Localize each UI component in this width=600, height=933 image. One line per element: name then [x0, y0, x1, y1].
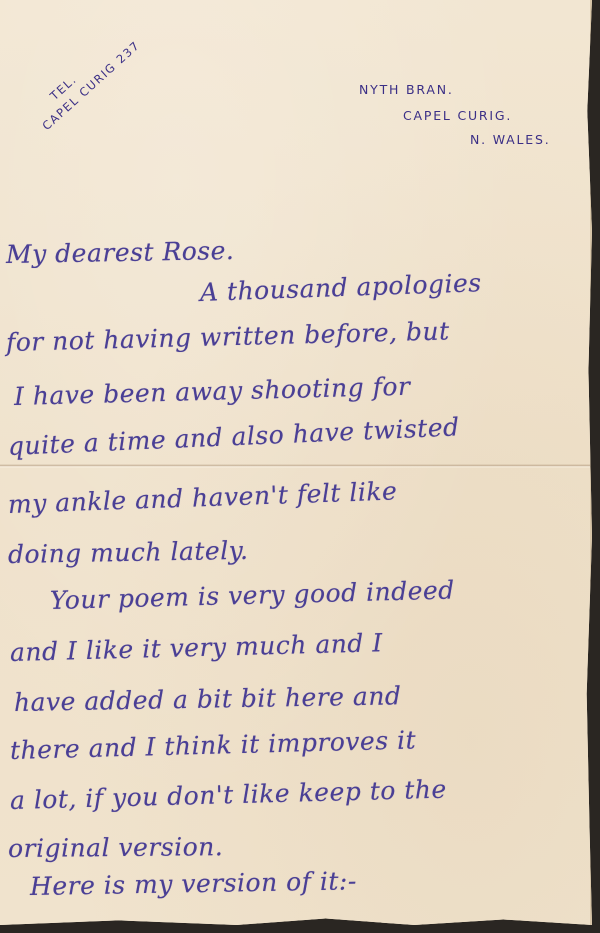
letter-sheet: TEL. CAPEL CURIG 237 NYTH BRAN. CAPEL CU…: [0, 0, 592, 925]
handwritten-line: and I like it very much and I: [10, 628, 383, 667]
handwritten-line: a lot, if you don't like keep to the: [10, 775, 447, 815]
telephone-number: CAPEL CURIG 237: [39, 29, 152, 133]
handwritten-line: doing much lately.: [8, 536, 249, 569]
address-line-region: N. WALES.: [470, 132, 551, 147]
paper-fold-crease: [0, 464, 590, 468]
handwritten-line: A thousand apologies: [199, 268, 482, 307]
handwritten-line: original version.: [8, 832, 223, 863]
handwritten-line: Here is my version of it:-: [30, 866, 357, 901]
handwritten-line: for not having written before, but: [6, 316, 450, 357]
address-line-house: NYTH BRAN.: [359, 82, 454, 97]
salutation: My dearest Rose.: [6, 236, 235, 269]
address-line-village: CAPEL CURIG.: [403, 108, 512, 123]
handwritten-line: I have been away shooting for: [14, 372, 411, 411]
handwritten-line: my ankle and haven't felt like: [7, 476, 397, 519]
telephone-stamp: TEL. CAPEL CURIG 237: [28, 16, 153, 133]
handwritten-line: quite a time and also have twisted: [7, 412, 460, 461]
handwritten-line: there and I think it improves it: [10, 725, 417, 765]
handwritten-line: have added a bit bit here and: [14, 681, 402, 717]
handwritten-line: Your poem is very good indeed: [50, 575, 455, 615]
